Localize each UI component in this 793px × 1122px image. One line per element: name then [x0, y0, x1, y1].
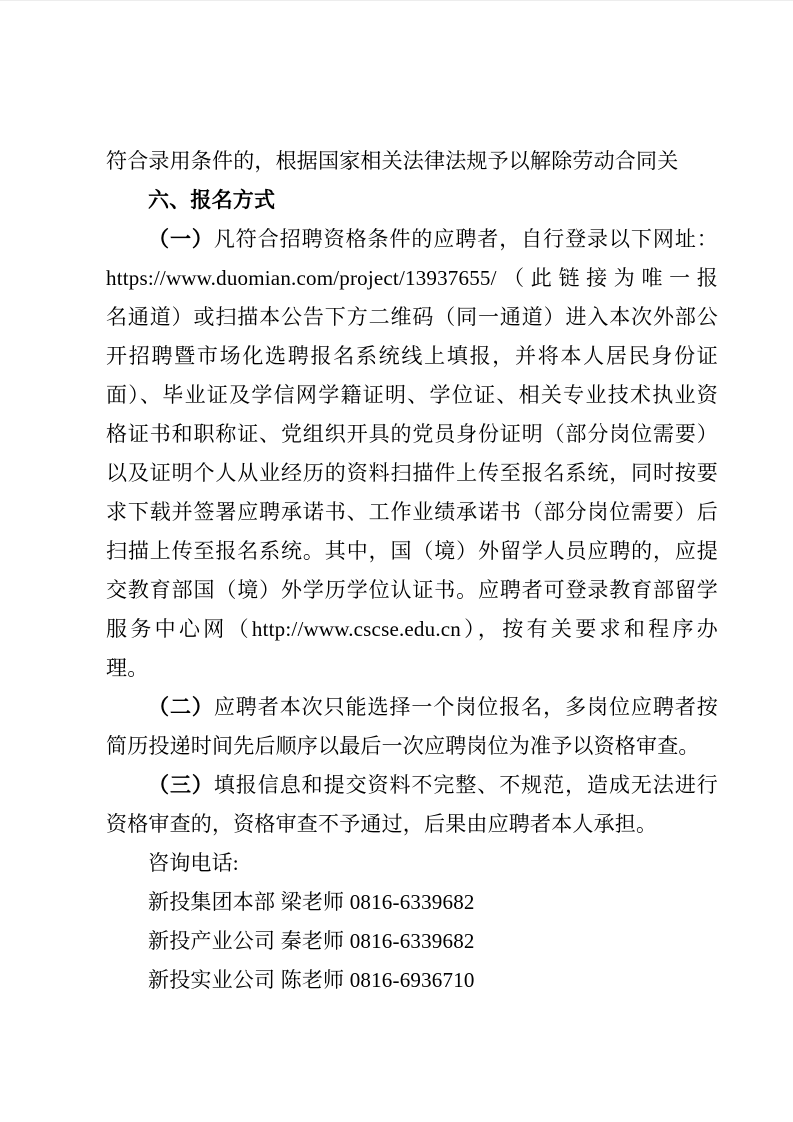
bold-text-segment: （二）: [148, 695, 214, 719]
text-segment: 以及证明个人从业经历的资料扫描件上传至报名系统，同时按要: [106, 461, 718, 485]
text-segment: 符合录用条件的，根据国家相关法律法规予以解除劳动合同关系。: [106, 149, 678, 181]
text-segment: 填报信息和提交资料不完整、不规范，造成无法进行: [214, 773, 718, 797]
text-segment: 新投产业公司 秦老师 0816-6339682: [148, 929, 475, 953]
body-line: 简历投递时间先后顺序以最后一次应聘岗位为准予以资格审查。: [106, 727, 718, 766]
text-segment: 新投集团本部 梁老师 0816-6339682: [148, 890, 475, 914]
cscse-url-line: 服务中心网（http://www.cscse.edu.cn），按有关要求和程序办: [106, 610, 718, 649]
body-line: 名通道）或扫描本公告下方二维码（同一通道）进入本次外部公: [106, 298, 718, 337]
text-segment: 新投实业公司 陈老师 0816-6936710: [148, 968, 475, 992]
text-segment: 扫描上传至报名系统。其中，国（境）外留学人员应聘的，应提: [106, 539, 718, 563]
contact-header-line: 咨询电话:: [106, 844, 718, 883]
text-segment: 凡符合招聘资格条件的应聘者，自行登录以下网址：: [214, 227, 718, 251]
item-2-line: （二）应聘者本次只能选择一个岗位报名，多岗位应聘者按: [106, 688, 718, 727]
section-heading: 六、报名方式: [106, 181, 718, 220]
body-line: 面）、毕业证及学信网学籍证明、学位证、相关专业技术执业资: [106, 376, 718, 415]
body-line: 交教育部国（境）外学历学位认证书。应聘者可登录教育部留学: [106, 571, 718, 610]
bold-text-segment: （一）: [148, 227, 214, 251]
text-segment: 格证书和职称证、党组织开具的党员身份证明（部分岗位需要）: [106, 422, 718, 446]
contact-line: 新投产业公司 秦老师 0816-6339682: [106, 922, 718, 961]
text-segment: 求下载并签署应聘承诺书、工作业绩承诺书（部分岗位需要）后: [106, 500, 718, 524]
paragraph-end-line: 资格审查的，资格审查不予通过，后果由应聘者本人承担。: [106, 805, 718, 844]
text-segment: 资格审查的，资格审查不予通过，后果由应聘者本人承担。: [106, 812, 657, 836]
body-line: 格证书和职称证、党组织开具的党员身份证明（部分岗位需要）: [106, 415, 718, 454]
text-segment: 名通道）或扫描本公告下方二维码（同一通道）进入本次外部公: [106, 305, 718, 329]
body-line: 扫描上传至报名系统。其中，国（境）外留学人员应聘的，应提: [106, 532, 718, 571]
text-segment: 面）、毕业证及学信网学籍证明、学位证、相关专业技术执业资: [106, 383, 718, 407]
text-segment: 理。: [106, 656, 148, 680]
item-3-line: （三）填报信息和提交资料不完整、不规范，造成无法进行: [106, 766, 718, 805]
text-segment: https://www.duomian.com/project/13937655…: [106, 266, 718, 290]
body-line: 求下载并签署应聘承诺书、工作业绩承诺书（部分岗位需要）后: [106, 493, 718, 532]
text-segment: 应聘者本次只能选择一个岗位报名，多岗位应聘者按: [214, 695, 718, 719]
text-segment: 交教育部国（境）外学历学位认证书。应聘者可登录教育部留学: [106, 578, 718, 602]
contact-line: 新投实业公司 陈老师 0816-6936710: [106, 961, 718, 1000]
contact-line: 新投集团本部 梁老师 0816-6339682: [106, 883, 718, 922]
text-segment: 开招聘暨市场化选聘报名系统线上填报，并将本人居民身份证（双: [106, 344, 718, 376]
document-page: 符合录用条件的，根据国家相关法律法规予以解除劳动合同关系。六、报名方式（一）凡符…: [0, 0, 793, 1122]
paragraph-end-line: 理。: [106, 649, 718, 688]
document-body: 符合录用条件的，根据国家相关法律法规予以解除劳动合同关系。六、报名方式（一）凡符…: [106, 142, 718, 1000]
text-segment: 简历投递时间先后顺序以最后一次应聘岗位为准予以资格审查。: [106, 734, 700, 758]
bold-text-segment: 六、报名方式: [148, 189, 275, 212]
body-line: 开招聘暨市场化选聘报名系统线上填报，并将本人居民身份证（双: [106, 337, 718, 376]
text-segment: 咨询电话:: [148, 851, 239, 875]
bold-text-segment: （三）: [148, 773, 214, 797]
text-segment: 服务中心网（http://www.cscse.edu.cn），按有关要求和程序办: [106, 617, 718, 641]
body-line: 以及证明个人从业经历的资料扫描件上传至报名系统，同时按要: [106, 454, 718, 493]
item-1-line: （一）凡符合招聘资格条件的应聘者，自行登录以下网址：: [106, 220, 718, 259]
paragraph-continuation-line: 符合录用条件的，根据国家相关法律法规予以解除劳动合同关系。: [106, 142, 718, 181]
application-url-line: https://www.duomian.com/project/13937655…: [106, 259, 718, 298]
